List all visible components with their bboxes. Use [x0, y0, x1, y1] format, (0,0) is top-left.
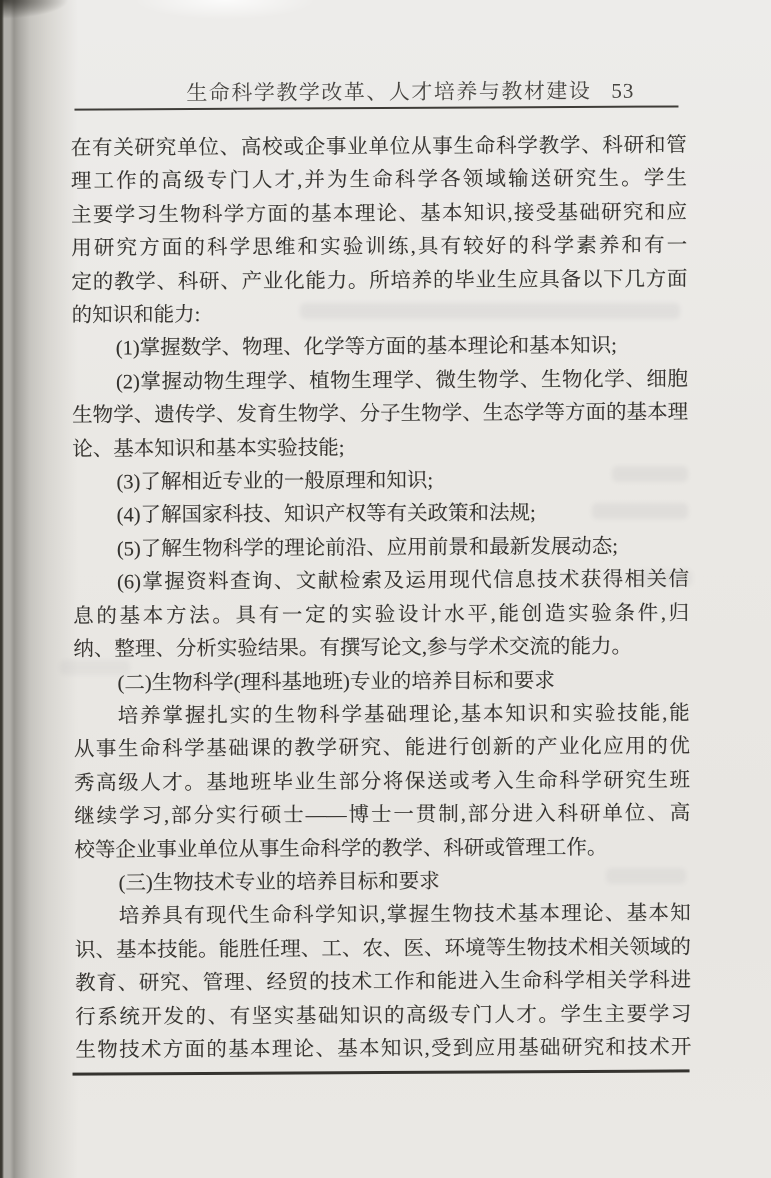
page-content: 生命科学教学改革、人才培养与教材建设53 在有关研究单位、高校或企事业单位从事生…: [0, 0, 771, 1178]
text-line: (2)掌握动物生理学、植物生理学、微生物学、生物化学、细胞: [72, 363, 688, 400]
text-line: (6)掌握资料查询、文献检索及运用现代信息技术获得相关信: [73, 564, 689, 601]
text-line: 识、基本技能。能胜任理、工、农、医、环境等生物技术相关领域的: [75, 931, 691, 968]
header-title: 生命科学教学改革、人才培养与教材建设: [186, 79, 591, 105]
text-line: 秀高级人才。基地班毕业生部分将保送或考入生命科学研究生班: [74, 764, 690, 801]
text-line: 培养具有现代生命科学知识,掌握生物技术基本理论、基本知: [75, 898, 691, 935]
text-line: (5)了解生物科学的理论前沿、应用前景和最新发展动态;: [73, 530, 689, 567]
text-line: 从事生命科学基础课的教学研究、能进行创新的产业化应用的优: [74, 731, 690, 768]
text-line: 息的基本方法。具有一定的实验设计水平,能创造实验条件,归: [73, 597, 689, 634]
scanned-page: 生命科学教学改革、人才培养与教材建设53 在有关研究单位、高校或企事业单位从事生…: [0, 0, 771, 1178]
text-line: 校等企业事业单位从事生命科学的教学、科研或管理工作。: [74, 831, 690, 868]
text-line: 定的教学、科研、产业化能力。所培养的毕业生应具备以下几方面: [71, 263, 687, 300]
text-line: (3)了解相近专业的一般原理和知识;: [72, 463, 688, 500]
body-text: 在有关研究单位、高校或企事业单位从事生命科学教学、科研和管理工作的高级专门人才,…: [71, 129, 692, 1068]
text-line: 继续学习,部分实行硕士——博士一贯制,部分进入科研单位、高: [74, 798, 690, 835]
text-line: 生物学、遗传学、发育生物学、分子生物学、生态学等方面的基本理: [72, 397, 688, 434]
text-line: 教育、研究、管理、经贸的技术工作和能进入生命科学相关学科进: [75, 965, 691, 1002]
text-line: 在有关研究单位、高校或企事业单位从事生命科学教学、科研和管: [71, 129, 687, 166]
text-line: 论、基本知识和基本实验技能;: [72, 430, 688, 467]
text-line: 的知识和能力:: [71, 296, 687, 333]
text-line: 行系统开发的、有坚实基础知识的高级专门人才。学生主要学习: [75, 998, 691, 1035]
text-line: 培养掌握扎实的生物科学基础理论,基本知识和实验技能,能: [74, 697, 690, 734]
page-number: 53: [611, 79, 634, 103]
text-line: (二)生物科学(理科基地班)专业的培养目标和要求: [73, 664, 689, 701]
text-line: (1)掌握数学、物理、化学等方面的基本理论和基本知识;: [72, 330, 688, 367]
text-line: 生物技术方面的基本理论、基本知识,受到应用基础研究和技术开: [75, 1031, 691, 1068]
text-line: 纳、整理、分析实验结果。有撰写论文,参与学术交流的能力。: [73, 631, 689, 668]
running-header: 生命科学教学改革、人才培养与教材建设53: [74, 74, 678, 107]
text-line: (三)生物技术专业的培养目标和要求: [74, 864, 690, 901]
footer-rule: [73, 1069, 690, 1075]
text-line: (4)了解国家科技、知识产权等有关政策和法规;: [73, 497, 689, 534]
text-line: 主要学习生物科学方面的基本理论、基本知识,接受基础研究和应: [71, 196, 687, 233]
text-line: 理工作的高级专门人才,并为生命科学各领域输送研究生。学生: [71, 163, 687, 200]
text-line: 用研究方面的科学思维和实验训练,具有较好的科学素养和有一: [71, 230, 687, 267]
